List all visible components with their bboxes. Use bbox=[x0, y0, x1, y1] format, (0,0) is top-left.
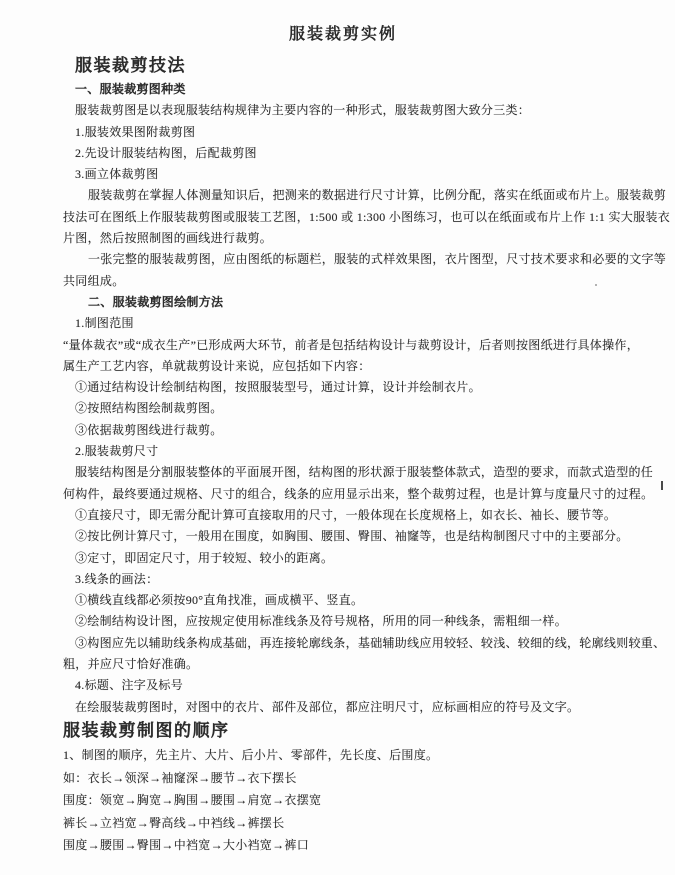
list-item: 1.服装效果图附裁剪图 bbox=[63, 122, 623, 143]
list-item: ②按比例计算尺寸，一般用在围度，如胸围、腰围、臀围、袖窿等，也是结构制图尺寸中的… bbox=[63, 526, 623, 547]
list-item: ①直接尺寸，即无需分配计算可直接取用的尺寸，一般体现在长度规格上，如衣长、袖长、… bbox=[63, 505, 623, 526]
list-item: 2.服装裁剪尺寸 bbox=[63, 441, 623, 462]
subsection-heading: 一、服装裁剪图种类 bbox=[63, 79, 623, 100]
page-title: 服装裁剪实例 bbox=[63, 24, 623, 46]
text-line: 服装结构图是分割服装整体的平面展开图，结构图的形状源于服装整体款式，造型的要求，… bbox=[63, 462, 623, 483]
list-item: 3.画立体裁剪图 bbox=[63, 164, 623, 185]
list-item: 1.制图范围 bbox=[63, 313, 623, 334]
list-item: 3.线条的画法： bbox=[63, 569, 623, 590]
document-page: 服装裁剪实例 服装裁剪技法 一、服装裁剪图种类 服装裁剪图是以表现服装结构规律为… bbox=[0, 0, 675, 875]
scan-artifact bbox=[595, 284, 597, 286]
section-heading: 服装裁剪技法 bbox=[63, 53, 623, 79]
text-line: 围度→腰围→臀围→中裆宽→大小裆宽→裤口 bbox=[63, 834, 623, 857]
text-line: 裤长→立裆宽→臀高线→中裆线→裤摆长 bbox=[63, 812, 623, 835]
text-line: 何构件，最终要通过规格、尺寸的组合，线条的应用显示出来，整个裁剪过程，也是计算与… bbox=[63, 484, 623, 505]
section-heading: 服装裁剪制图的顺序 bbox=[63, 718, 623, 744]
text-line: 粗，并应尺寸恰好准确。 bbox=[63, 654, 623, 675]
list-item: ③依据裁剪图线进行裁剪。 bbox=[63, 420, 623, 441]
list-item: ②按照结构图绘制裁剪图。 bbox=[63, 398, 623, 419]
list-item: 4.标题、注字及标号 bbox=[63, 675, 623, 696]
text-line: 1、制图的顺序，先主片、大片、后小片、零部件，先长度、后围度。 bbox=[63, 744, 623, 767]
text-line: 在绘服装裁剪图时，对图中的衣片、部件及部位，都应注明尺寸，应标画相应的符号及文字… bbox=[63, 697, 623, 718]
text-line: “量体裁衣”或“成衣生产”已形成两大环节，前者是包括结构设计与裁剪设计，后者则按… bbox=[63, 335, 623, 356]
document-content: 服装裁剪实例 服装裁剪技法 一、服装裁剪图种类 服装裁剪图是以表现服装结构规律为… bbox=[63, 24, 623, 857]
text-line: 如：衣长→领深→袖窿深→腰节→衣下摆长 bbox=[63, 767, 623, 790]
text-line: 属生产工艺内容，单就裁剪设计来说，应包括如下内容： bbox=[63, 356, 623, 377]
text-line: 技法可在图纸上作服装裁剪图或服装工艺图，1:500 或 1:300 小图练习，也… bbox=[63, 207, 623, 228]
scan-artifact bbox=[661, 481, 663, 490]
list-item: ①通过结构设计绘制结构图，按照服装型号，通过计算，设计并绘制衣片。 bbox=[63, 377, 623, 398]
list-item: ③定寸，即固定尺寸，用于较短、较小的距离。 bbox=[63, 548, 623, 569]
list-item: ③构图应先以辅助线条构成基础，再连接轮廓线条，基础辅助线应用较轻、较浅、较细的线… bbox=[63, 633, 623, 654]
text-line: 共同组成。 bbox=[63, 271, 623, 292]
text-line: 服装裁剪在掌握人体测量知识后，把测来的数据进行尺寸计算，比例分配，落实在纸面或布… bbox=[63, 185, 623, 206]
list-item: ①横线直线都必须按90°直角找准，画成横平、竖直。 bbox=[63, 590, 623, 611]
text-line: 片图，然后按照制图的画线进行裁剪。 bbox=[63, 228, 623, 249]
text-line: 围度：领宽→胸宽→胸围→腰围→肩宽→衣摆宽 bbox=[63, 789, 623, 812]
list-item: ②绘制结构设计图，应按规定使用标准线条及符号规格，所用的同一种线条，需粗细一样。 bbox=[63, 611, 623, 632]
subsection-heading: 二、服装裁剪图绘制方法 bbox=[63, 292, 623, 313]
text-line: 一张完整的服装裁剪图，应由图纸的标题栏，服装的式样效果图，衣片图型，尺寸技术要求… bbox=[63, 249, 623, 270]
text-line: 服装裁剪图是以表现服装结构规律为主要内容的一种形式，服装裁剪图大致分三类： bbox=[63, 100, 623, 121]
list-item: 2.先设计服装结构图，后配裁剪图 bbox=[63, 143, 623, 164]
